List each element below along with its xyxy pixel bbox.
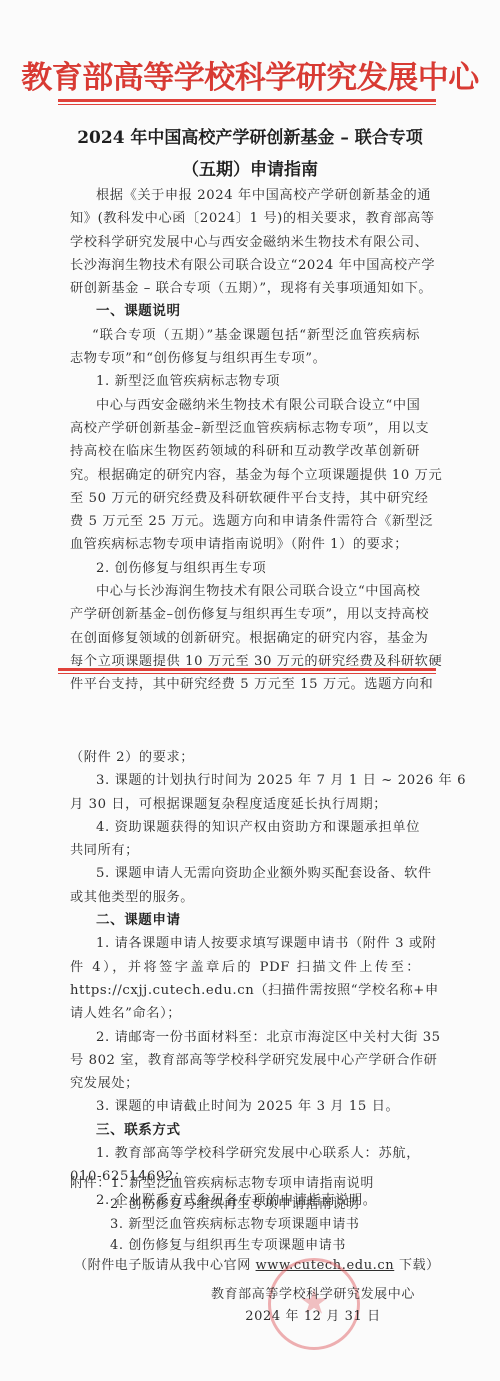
text-line: 知》(教科发中心函〔2024〕1 号)的相关要求，教育部高等 bbox=[70, 207, 420, 230]
text-line: 费 5 万元至 25 万元。选题方向和申请条件需符合《新型泛 bbox=[70, 510, 420, 533]
text-line: 共同所有； bbox=[70, 839, 420, 862]
document-body-page-1: 根据《关于申报 2024 年中国高校产学研创新基金的通 知》(教科发中心函〔20… bbox=[70, 184, 420, 720]
title-line-1: 2024 年中国高校产学研创新基金 – 联合专项 bbox=[0, 122, 500, 154]
download-note-prefix: （附件电子版请从我中心官网 bbox=[74, 1258, 256, 1273]
document-page-2: （附件 2）的要求； 3. 课题的计划执行时间为 2025 年 7 月 1 日 … bbox=[0, 700, 500, 1381]
item1-title: 1. 新型泛血管疾病标志物专项 bbox=[70, 370, 420, 393]
attachment-item-3: 3. 新型泛血管疾病标志物专项课题申请书 bbox=[70, 1215, 430, 1236]
signature-organization: 教育部高等学校科学研究发展中心 bbox=[211, 1284, 415, 1306]
intro-paragraph: 根据《关于申报 2024 年中国高校产学研创新基金的通 知》(教科发中心函〔20… bbox=[70, 184, 420, 300]
text-line: 究发展处； bbox=[70, 1072, 420, 1095]
text-line: 高校产学研创新基金–新型泛血管疾病标志物专项”，用以支 bbox=[70, 417, 420, 440]
document-body-page-2: （附件 2）的要求； 3. 课题的计划执行时间为 2025 年 7 月 1 日 … bbox=[70, 746, 420, 1212]
section-heading-2: 二、课题申请 bbox=[70, 909, 420, 932]
section-heading-1: 一、课题说明 bbox=[70, 300, 420, 323]
signature-block: 教育部高等学校科学研究发展中心 2024 年 12 月 31 日 bbox=[211, 1284, 415, 1328]
section2-item2: 2. 请邮寄一份书面材料至：北京市海淀区中关村大街 35 号 802 室，教育部… bbox=[70, 1026, 420, 1096]
text-line: 或其他类型的服务。 bbox=[70, 886, 420, 909]
attachment-item-4: 4. 创伤修复与组织再生专项课题申请书 bbox=[70, 1236, 430, 1257]
attachments-list: 附件：1. 新型泛血管疾病标志物专项申请指南说明 2. 创伤修复与组织再生专项申… bbox=[70, 1174, 430, 1277]
text-line: 志物专项”和“创伤修复与组织再生专项”。 bbox=[70, 347, 420, 370]
item4-paragraph: 4. 资助课题获得的知识产权由资助方和课题承担单位 共同所有； bbox=[70, 816, 420, 863]
upload-url-line: https://cxjj.cutech.edu.cn（扫描件需按照“学校名称+申 bbox=[70, 979, 420, 1002]
text-line: 件 4），并将签字盖章后的 PDF 扫描文件上传至： bbox=[70, 956, 420, 979]
text-line: 究。根据确定的研究内容，基金为每个立项课题提供 10 万元 bbox=[70, 464, 420, 487]
text-line: 2. 请邮寄一份书面材料至：北京市海淀区中关村大街 35 bbox=[70, 1026, 420, 1049]
item2-continued: （附件 2）的要求； bbox=[70, 746, 420, 769]
attachments-label: 附件： bbox=[70, 1176, 111, 1191]
text-line: 学校科学研究发展中心与西安金磁纳米生物技术有限公司、 bbox=[70, 231, 420, 254]
section2-item1: 1. 请各课题申请人按要求填写课题申请书（附件 3 或附 件 4），并将签字盖章… bbox=[70, 932, 420, 1025]
download-note-suffix: 下载） bbox=[394, 1258, 440, 1273]
attachment-item-1: 附件：1. 新型泛血管疾病标志物专项申请指南说明 bbox=[70, 1174, 430, 1195]
item1-paragraph: 中心与西安金磁纳米生物技术有限公司联合设立“中国 高校产学研创新基金–新型泛血管… bbox=[70, 394, 420, 557]
text-line: 4. 资助课题获得的知识产权由资助方和课题承担单位 bbox=[70, 816, 420, 839]
attachment-item-2: 2. 创伤修复与组织再生专项申请指南说明 bbox=[70, 1195, 430, 1216]
section-heading-3: 三、联系方式 bbox=[70, 1119, 420, 1142]
section2-item3: 3. 课题的申请截止时间为 2025 年 3 月 15 日。 bbox=[70, 1095, 420, 1118]
document-title: 2024 年中国高校产学研创新基金 – 联合专项 （五期）申请指南 bbox=[0, 122, 500, 186]
text-line: 产学研创新基金–创伤修复与组织再生专项”，用以支持高校 bbox=[70, 603, 420, 626]
item2-paragraph: 中心与长沙海润生物技术有限公司联合设立“中国高校 产学研创新基金–创伤修复与组织… bbox=[70, 580, 420, 720]
document-page-1: 教育部高等学校科学研究发展中心 2024 年中国高校产学研创新基金 – 联合专项… bbox=[0, 0, 500, 700]
text-line: 请人姓名”命名）； bbox=[70, 1002, 420, 1025]
text-line: 长沙海润生物技术有限公司联合设立“2024 年中国高校产学 bbox=[70, 254, 420, 277]
text-line: 件平台支持，其中研究经费 5 万元至 15 万元。选题方向和 bbox=[70, 673, 420, 696]
text-line: 3. 课题的计划执行时间为 2025 年 7 月 1 日 ~ 2026 年 6 bbox=[70, 769, 420, 792]
footer-red-rule bbox=[58, 668, 436, 674]
text-line: 研创新基金 – 联合专项（五期）”，现将有关事项通知如下。 bbox=[70, 277, 420, 300]
text-line: 1. 教育部高等学校科学研究发展中心联系人：苏航， bbox=[70, 1142, 420, 1165]
text-line: 持高校在临床生物医药领域的科研和互动教学改革创新研 bbox=[70, 440, 420, 463]
organization-header: 教育部高等学校科学研究发展中心 bbox=[0, 58, 500, 98]
signature-date: 2024 年 12 月 31 日 bbox=[211, 1306, 415, 1328]
text-line: 1. 请各课题申请人按要求填写课题申请书（附件 3 或附 bbox=[70, 932, 420, 955]
header-red-rule bbox=[58, 99, 436, 105]
item5-paragraph: 5. 课题申请人无需向资助企业额外购买配套设备、软件 或其他类型的服务。 bbox=[70, 862, 420, 909]
item2-title: 2. 创伤修复与组织再生专项 bbox=[70, 557, 420, 580]
attachment-title: 1. 新型泛血管疾病标志物专项申请指南说明 bbox=[111, 1176, 374, 1191]
section1-overview: “联合专项（五期）”基金课题包括“新型泛血管疾病标 志物专项”和“创伤修复与组织… bbox=[70, 324, 420, 371]
text-line: 血管疾病标志物专项申请指南说明》（附件 1）的要求； bbox=[70, 533, 420, 556]
item3-paragraph: 3. 课题的计划执行时间为 2025 年 7 月 1 日 ~ 2026 年 6 … bbox=[70, 769, 420, 816]
text-line: 在创面修复领域的创新研究。根据确定的研究内容，基金为 bbox=[70, 627, 420, 650]
text-line: 中心与长沙海润生物技术有限公司联合设立“中国高校 bbox=[70, 580, 420, 603]
text-line: 根据《关于申报 2024 年中国高校产学研创新基金的通 bbox=[70, 184, 420, 207]
text-line: 月 30 日，可根据课题复杂程度适度延长执行周期； bbox=[70, 793, 420, 816]
download-note: （附件电子版请从我中心官网 www.cutech.edu.cn 下载） bbox=[70, 1256, 430, 1277]
text-line: 5. 课题申请人无需向资助企业额外购买配套设备、软件 bbox=[70, 862, 420, 885]
text-line: 中心与西安金磁纳米生物技术有限公司联合设立“中国 bbox=[70, 394, 420, 417]
text-line: 至 50 万元的研究经费及科研软硬件平台支持，其中研究经 bbox=[70, 487, 420, 510]
text-line: “联合专项（五期）”基金课题包括“新型泛血管疾病标 bbox=[70, 324, 420, 347]
text-line: 号 802 室，教育部高等学校科学研究发展中心产学研合作研 bbox=[70, 1049, 420, 1072]
title-line-2: （五期）申请指南 bbox=[0, 154, 500, 186]
